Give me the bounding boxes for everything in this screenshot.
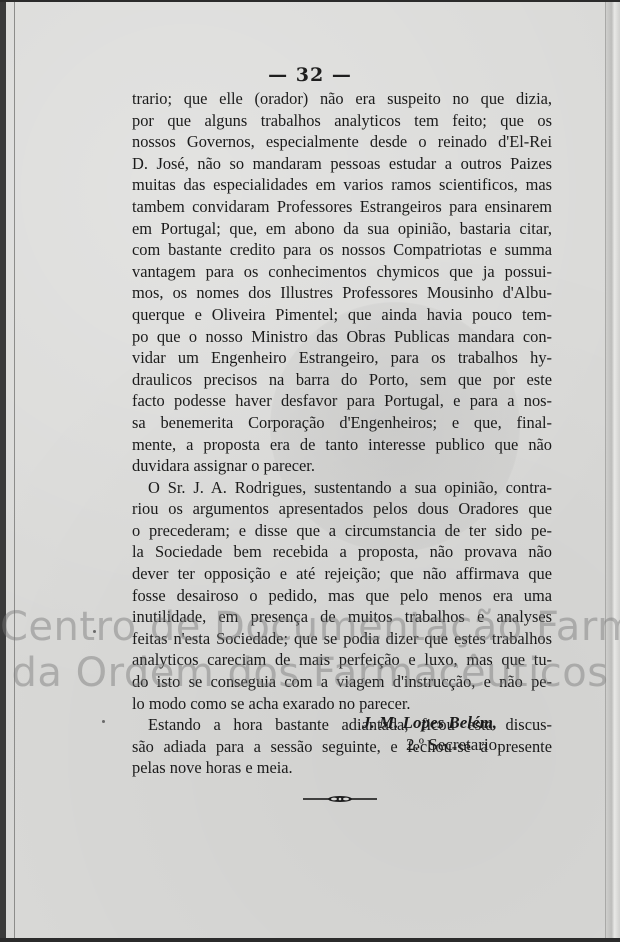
margin-mark bbox=[93, 630, 96, 633]
text-line: muitas das especialidades em varios ramo… bbox=[132, 174, 552, 196]
text-line: O Sr. J. A. Rodrigues, sustentando a sua… bbox=[132, 477, 552, 499]
scanned-page: — 32 — trario; que elle (orador) não era… bbox=[0, 0, 620, 942]
text-line: do isto se conseguia com a viagem d'inst… bbox=[132, 671, 552, 693]
text-line: tambem convidaram Professores Estrangeir… bbox=[132, 196, 552, 218]
text-line: trario; que elle (orador) não era suspei… bbox=[132, 88, 552, 110]
page-left-edge bbox=[0, 2, 6, 938]
text-line: po que o nosso Ministro das Obras Public… bbox=[132, 326, 552, 348]
body-text: trario; que elle (orador) não era suspei… bbox=[132, 88, 552, 779]
page-right-edge bbox=[605, 2, 620, 938]
text-line: querque e Oliveira Pimentel; que ainda h… bbox=[132, 304, 552, 326]
text-line: inutilidade, em presença de muitos traba… bbox=[132, 606, 552, 628]
text-line: feitas n'esta Sociedade; que se podia di… bbox=[132, 628, 552, 650]
text-line: riou os argumentos apresentados pelos do… bbox=[132, 498, 552, 520]
text-line: em Portugal; que, em abono da sua opiniã… bbox=[132, 218, 552, 240]
text-line: la Sociedade bem recebida a proposta, nã… bbox=[132, 541, 552, 563]
page-number: — 32 — bbox=[0, 64, 620, 86]
page-left-rule bbox=[14, 2, 15, 938]
text-line: lo modo como se acha exarado no parecer. bbox=[132, 693, 552, 715]
text-line: facto podesse haver desfavor para Portug… bbox=[132, 390, 552, 412]
text-line: duvidara assignar o parecer. bbox=[132, 455, 552, 477]
text-line: vantagem para os conhecimentos chymicos … bbox=[132, 261, 552, 283]
text-line: vidar um Engenheiro Estrangeiro, para os… bbox=[132, 347, 552, 369]
text-line: fosse desairoso o pedido, mas que pelo m… bbox=[132, 585, 552, 607]
text-line: analyticos careciam de mais perfeição e … bbox=[132, 649, 552, 671]
text-line: por que alguns trabalhos analyticos tem … bbox=[132, 110, 552, 132]
text-line: nossos Governos, especialmente desde o r… bbox=[132, 131, 552, 153]
text-line: com bastante credito para os nossos Comp… bbox=[132, 239, 552, 261]
text-line: pelas nove horas e meia. bbox=[132, 757, 552, 779]
signature-title: 2.º Secretario. bbox=[406, 735, 501, 755]
text-line: mos, os nomes dos Illustres Professores … bbox=[132, 282, 552, 304]
signature-name: J. M. Lopes Belém, bbox=[362, 713, 497, 733]
text-line: o precederam; e disse que a circumstanci… bbox=[132, 520, 552, 542]
text-line: dever ter opposição e até rejeição; que … bbox=[132, 563, 552, 585]
text-line: mente, a proposta era de tanto interesse… bbox=[132, 434, 552, 456]
text-line: D. José, não so mandaram pessoas estudar… bbox=[132, 153, 552, 175]
decorative-rule-ornament-icon bbox=[303, 795, 377, 803]
text-line: draulicos precisos na barra do Porto, se… bbox=[132, 369, 552, 391]
text-line: sa benemerita Corporação d'Engenheiros; … bbox=[132, 412, 552, 434]
margin-mark bbox=[102, 720, 105, 723]
